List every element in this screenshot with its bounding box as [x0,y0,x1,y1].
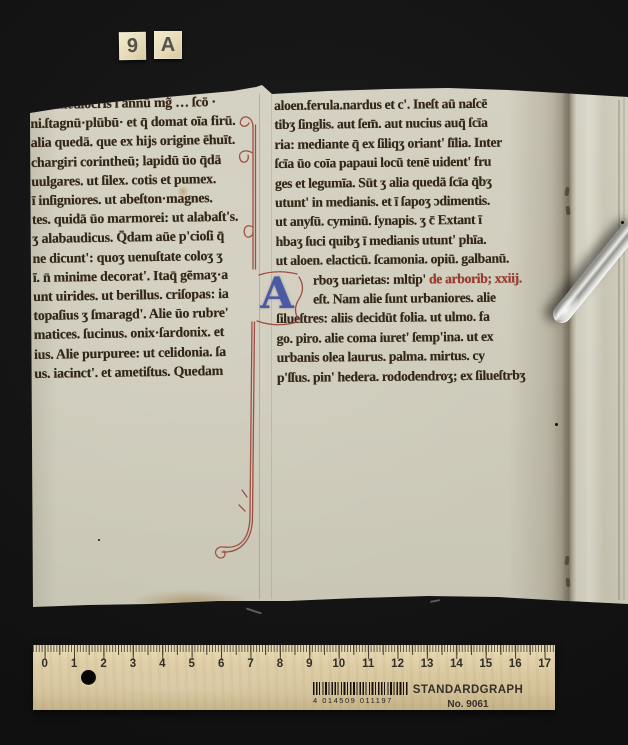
ruler-number: 14 [442,658,471,670]
barcode: 4 014509 011197 [313,682,409,705]
illuminated-initial: A [255,269,299,321]
ruler-number: 9 [295,658,324,670]
speck [555,423,558,426]
stain [176,186,190,197]
folio-letter-tile: A [154,31,182,59]
ruler-number: 13 [412,658,441,670]
lint-fiber [246,608,262,614]
manuscript-page: · mī mediocris ī annū mg̃ … ſcō · ni.ſta… [28,84,628,610]
ruler-number: 6 [206,658,235,670]
ruler-number: 17 [530,658,559,670]
ruler-number: 0 [30,658,59,670]
rubric-chapter-heading: de arborib; xxiij. [429,270,522,286]
ruler-brand-name: STANDARDGRAPH [409,684,527,696]
barcode-digits: 4 014509 011197 [313,696,409,705]
ruler-numbers: 0 1 2 3 4 5 6 7 8 9 10 11 12 13 14 15 16… [30,658,570,670]
fore-edge-line [623,98,625,600]
ruler-number: 8 [265,658,294,670]
ruler-model-number: No. 9061 [409,699,527,710]
binding-gutter [552,84,586,610]
ruler-hanging-hole [81,670,96,685]
stain [120,578,260,608]
photo-background: 9 A · mī mediocris ī annū mg̃ … ſcō · ni… [0,0,628,745]
ruler-number: 11 [353,658,382,670]
manuscript-line: p'ſſus. pin' hedera. rododendroʒ; ex ſil… [277,365,566,387]
ruler-number: 5 [177,658,206,670]
ruler-number: 3 [118,658,147,670]
ruler-brand-block: STANDARDGRAPH No. 9061 [409,684,527,710]
chapter-open-text: rboʒ uarietas: mltip' [313,271,426,287]
manuscript-line-with-rubric: rboʒ uarietas: mltip' de arborib; xxiij. [276,268,565,290]
ruler-number: 1 [59,658,88,670]
ruler-number: 7 [236,658,265,670]
ruler-number: 15 [471,658,500,670]
ruler-number: 10 [324,658,353,670]
ruler-number: 16 [501,658,530,670]
speck [98,539,100,541]
scale-ruler: 0 1 2 3 4 5 6 7 8 9 10 11 12 13 14 15 16… [33,645,555,710]
barcode-bars [313,682,409,695]
ruler-number: 2 [89,658,118,670]
binding-stitch [566,206,571,215]
ruler-number: 12 [383,658,412,670]
ruler-number: 4 [148,658,177,670]
fore-edge-line [618,100,620,600]
right-text-column: aloen.ferula.nardus et c'. Ineſt aū naſc… [274,93,566,387]
ruler-ticks [33,645,555,659]
folio-number-tile: 9 [119,32,146,60]
lint-fiber [430,599,440,602]
binding-stitch [566,578,571,587]
penwork-flourish [210,109,308,559]
